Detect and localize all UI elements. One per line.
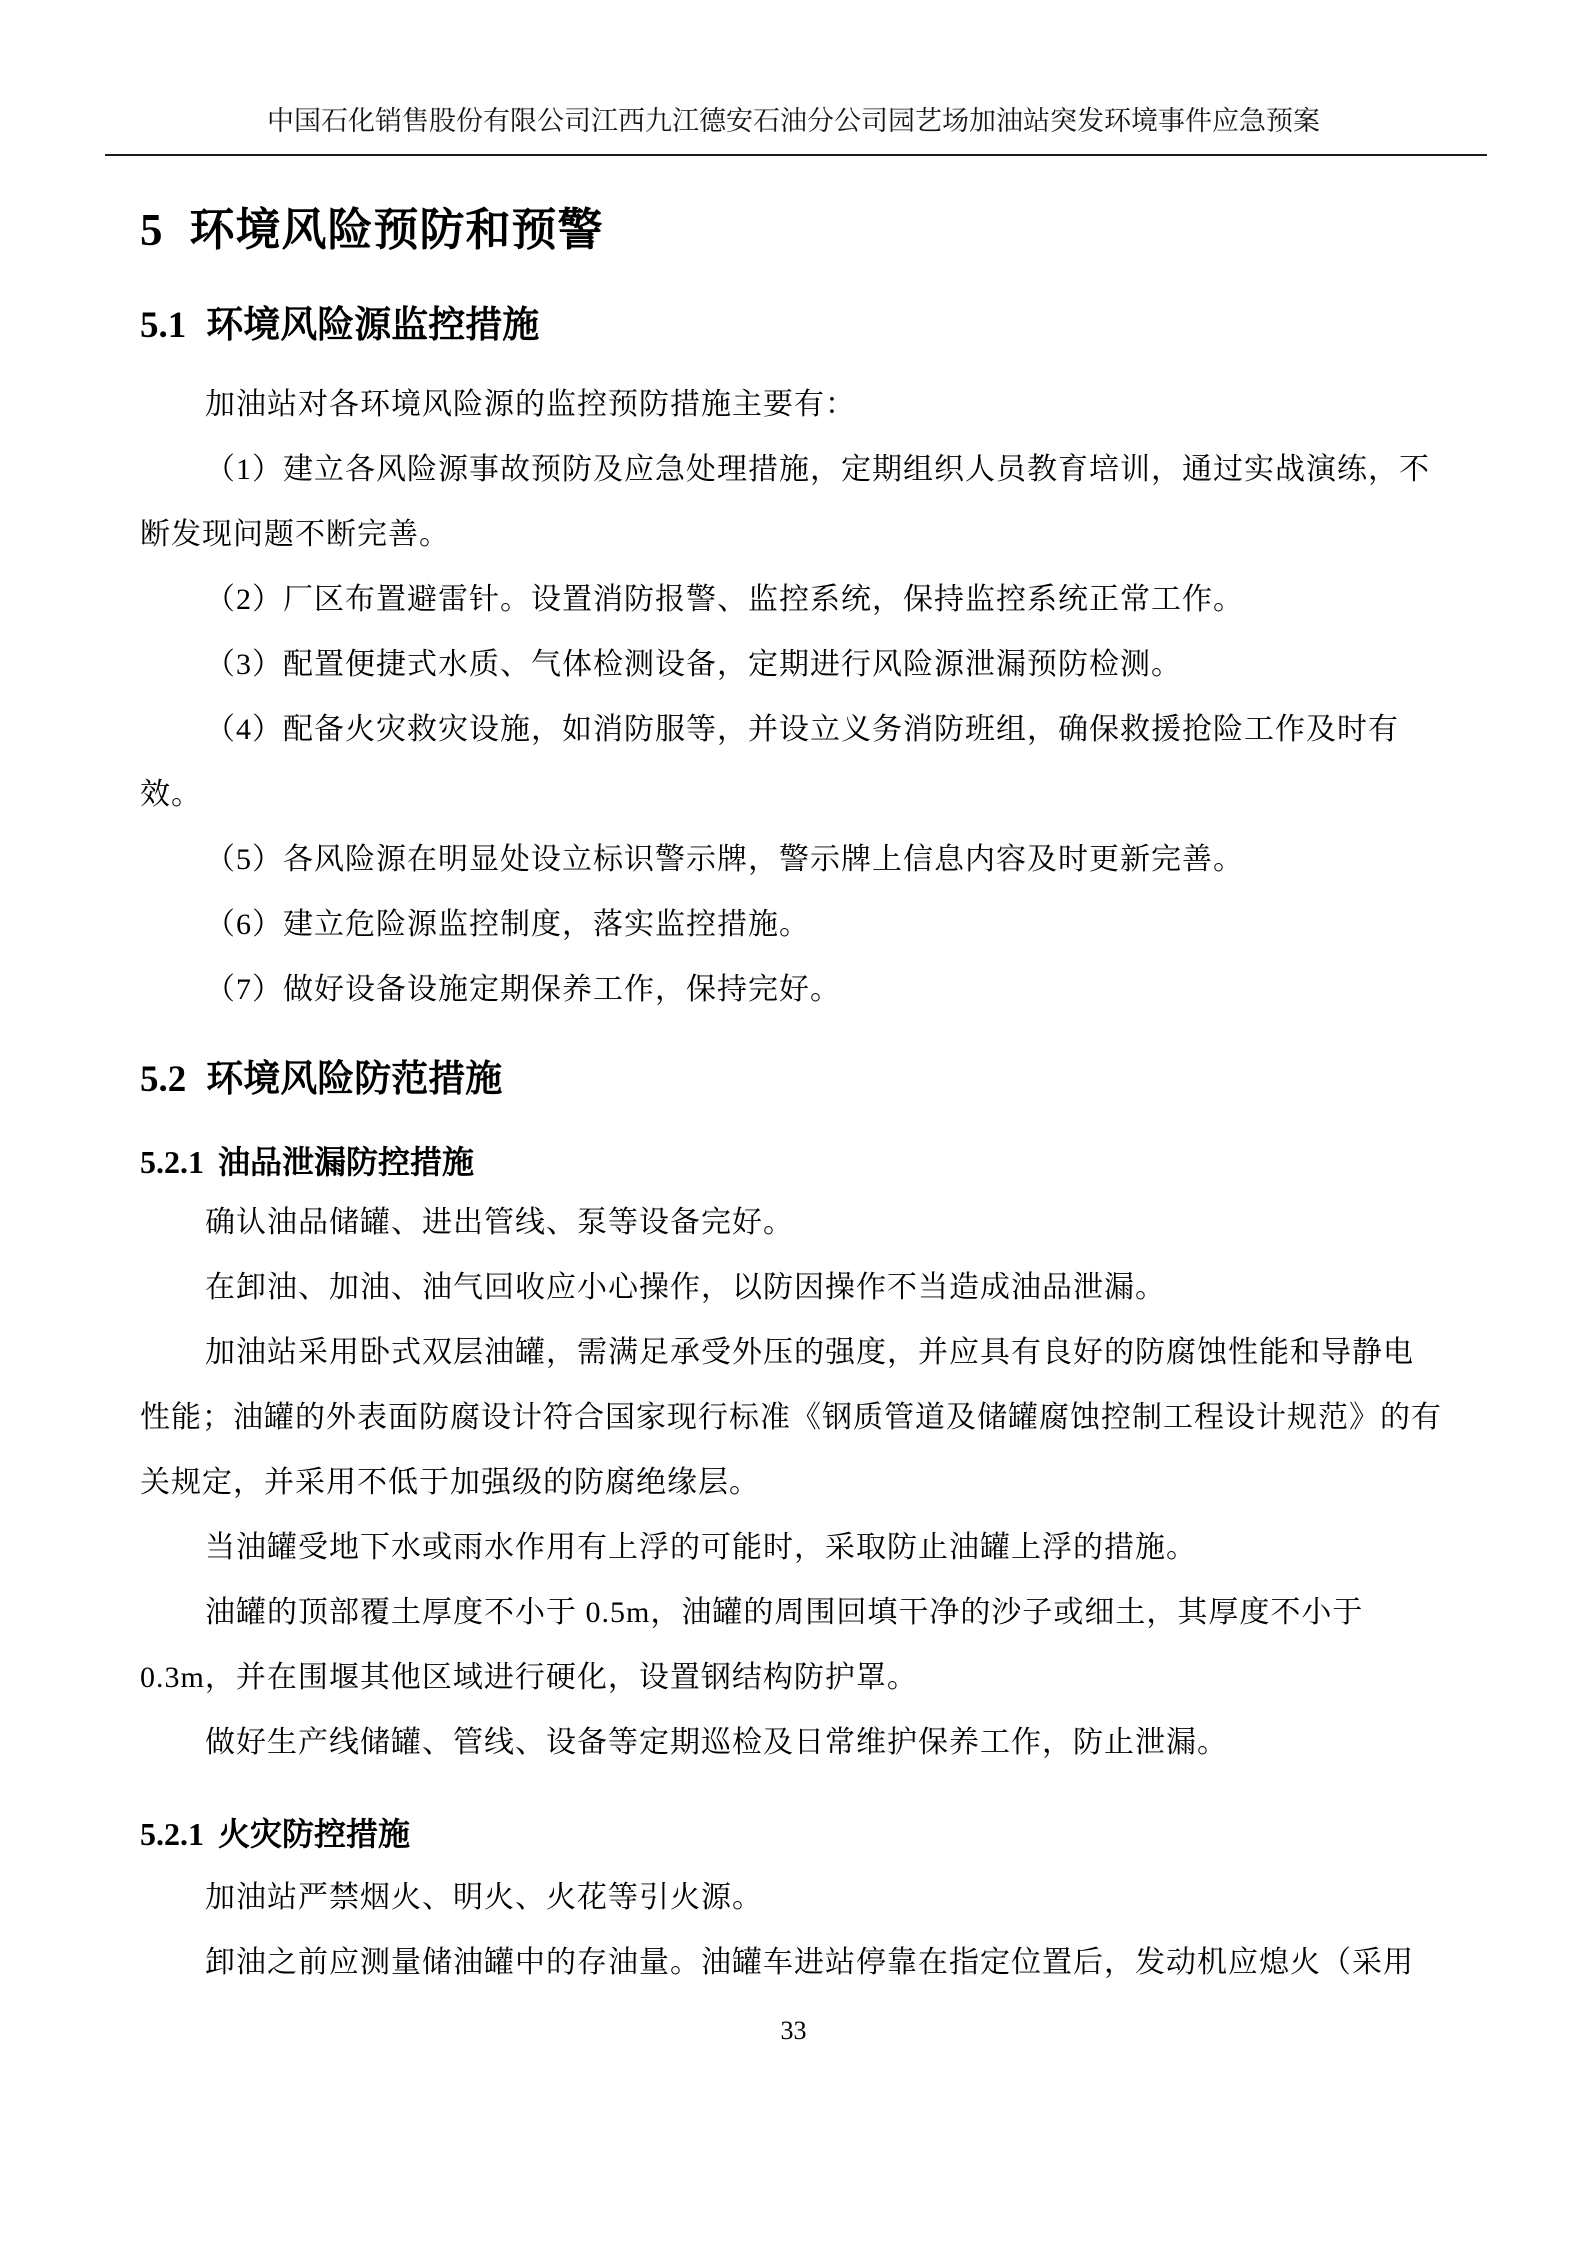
page-header-title: 中国石化销售股份有限公司江西九江德安石油分公司园艺场加油站突发环境事件应急预案 [267,106,1320,136]
paragraph: 卸油之前应测量储油罐中的存油量。油罐车进站停靠在指定位置后，发动机应熄火（采用 [140,1930,1443,1995]
paragraph: 油罐的顶部覆土厚度不小于 0.5m，油罐的周围回填干净的沙子或细土，其厚度不小于… [140,1580,1443,1710]
subsection-fire-prevention-body: 加油站严禁烟火、明火、火花等引火源。 卸油之前应测量储油罐中的存油量。油罐车进站… [140,1865,1443,1995]
section-number: 5.2 [140,1059,186,1100]
paragraph: 确认油品储罐、进出管线、泵等设备完好。 [140,1190,1443,1255]
section-title: 环境风险源监控措施 [206,305,539,346]
paragraph: 当油罐受地下水或雨水作用有上浮的可能时，采取防止油罐上浮的措施。 [140,1515,1443,1580]
page-header: 中国石化销售股份有限公司江西九江德安石油分公司园艺场加油站突发环境事件应急预案 [0,0,1587,138]
subsection-number: 5.2.1 [140,1816,204,1852]
paragraph: 做好生产线储罐、管线、设备等定期巡检及日常维护保养工作，防止泄漏。 [140,1710,1443,1775]
paragraph: 加油站对各环境风险源的监控预防措施主要有： [140,372,1443,437]
subsection-number: 5.2.1 [140,1144,204,1180]
paragraph: （4）配备火灾救灾设施，如消防服等，并设立义务消防班组，确保救援抢险工作及时有效… [140,697,1443,827]
section-number: 5.1 [140,305,186,346]
subsection-title: 火灾防控措施 [218,1816,410,1852]
subsection-oil-leak-body: 确认油品储罐、进出管线、泵等设备完好。 在卸油、加油、油气回收应小心操作，以防因… [140,1190,1443,1775]
paragraph: （6）建立危险源监控制度，落实监控措施。 [140,892,1443,957]
page-number: 33 [781,2016,807,2045]
paragraph: 加油站严禁烟火、明火、火花等引火源。 [140,1865,1443,1930]
chapter-heading: 5环境风险预防和预警 [140,200,1443,260]
paragraph: （2）厂区布置避雷针。设置消防报警、监控系统，保持监控系统正常工作。 [140,567,1443,632]
section-heading-5-1: 5.1环境风险源监控措施 [140,300,1443,352]
paragraph: 在卸油、加油、油气回收应小心操作，以防因操作不当造成油品泄漏。 [140,1255,1443,1320]
header-rule [105,154,1487,156]
paragraph: （3）配置便捷式水质、气体检测设备，定期进行风险源泄漏预防检测。 [140,632,1443,697]
section-title: 环境风险防范措施 [206,1059,502,1100]
page-footer: 33 [0,2016,1587,2046]
subsection-heading-fire-prevention: 5.2.1火灾防控措施 [140,1811,1443,1857]
paragraph: （7）做好设备设施定期保养工作，保持完好。 [140,957,1443,1022]
chapter-number: 5 [140,205,164,255]
chapter-title: 环境风险预防和预警 [190,205,604,255]
paragraph: （5）各风险源在明显处设立标识警示牌，警示牌上信息内容及时更新完善。 [140,827,1443,892]
section-heading-5-2: 5.2环境风险防范措施 [140,1054,1443,1106]
document-page: 中国石化销售股份有限公司江西九江德安石油分公司园艺场加油站突发环境事件应急预案 … [0,0,1587,2245]
subsection-title: 油品泄漏防控措施 [218,1144,474,1180]
subsection-heading-oil-leak: 5.2.1油品泄漏防控措施 [140,1139,1443,1185]
paragraph: （1）建立各风险源事故预防及应急处理措施，定期组织人员教育培训，通过实战演练，不… [140,437,1443,567]
document-content: 5环境风险预防和预警 5.1环境风险源监控措施 加油站对各环境风险源的监控预防措… [0,200,1587,1995]
section-5-1-body: 加油站对各环境风险源的监控预防措施主要有： （1）建立各风险源事故预防及应急处理… [140,372,1443,1022]
paragraph: 加油站采用卧式双层油罐，需满足承受外压的强度，并应具有良好的防腐蚀性能和导静电性… [140,1320,1443,1515]
